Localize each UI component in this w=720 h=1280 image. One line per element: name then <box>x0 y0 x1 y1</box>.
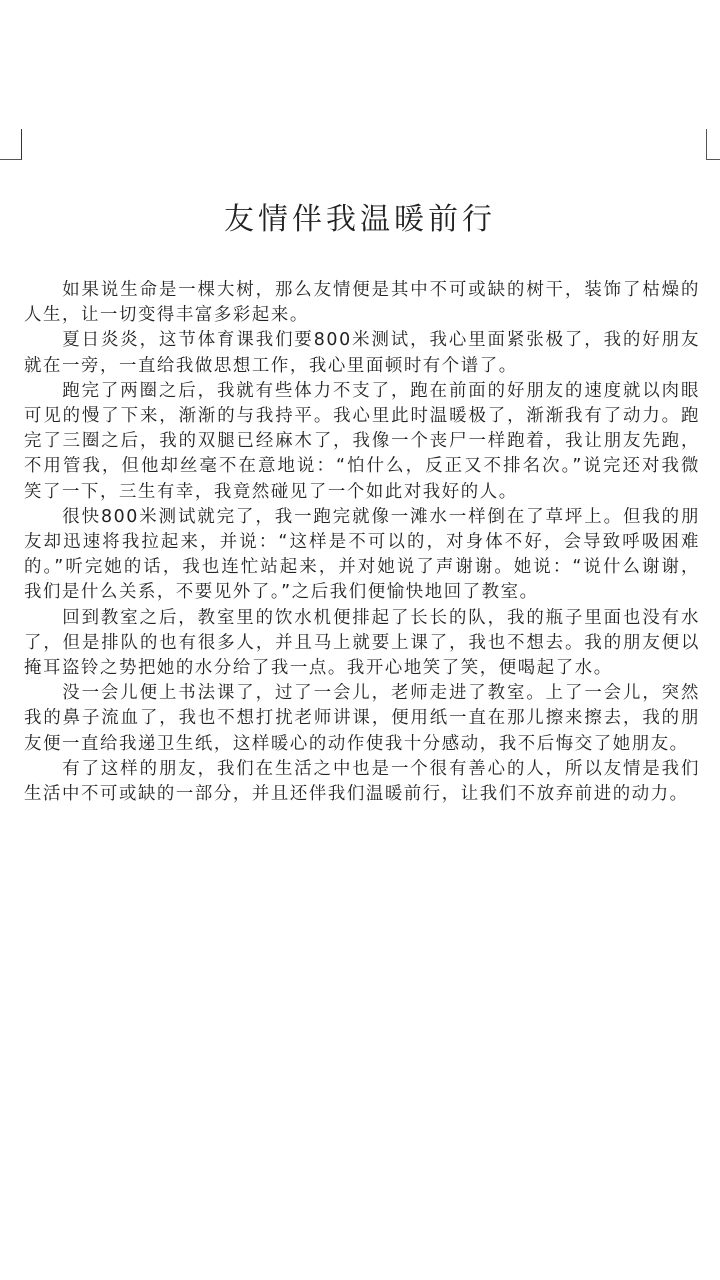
page-corner-mark-right <box>706 129 720 160</box>
document-body: 如果说生命是一棵大树，那么友情便是其中不可或缺的树干，装饰了枯燥的人生，让一切变… <box>24 278 700 807</box>
document-page: 友情伴我温暖前行 如果说生命是一棵大树，那么友情便是其中不可或缺的树干，装饰了枯… <box>0 0 720 1280</box>
paragraph-7: 有了这样的朋友，我们在生活之中也是一个很有善心的人，所以友情是我们生活中不可或缺… <box>24 757 700 807</box>
paragraph-2: 夏日炎炎，这节体育课我们要800米测试，我心里面紧张极了，我的好朋友就在一旁，一… <box>24 328 700 378</box>
paragraph-6: 没一会儿便上书法课了，过了一会儿，老师走进了教室。上了一会儿，突然我的鼻子流血了… <box>24 681 700 757</box>
paragraph-3: 跑完了两圈之后，我就有些体力不支了，跑在前面的好朋友的速度就以肉眼可见的慢了下来… <box>24 379 700 505</box>
paragraph-1: 如果说生命是一棵大树，那么友情便是其中不可或缺的树干，装饰了枯燥的人生，让一切变… <box>24 278 700 328</box>
paragraph-5: 回到教室之后，教室里的饮水机便排起了长长的队，我的瓶子里面也没有水了，但是排队的… <box>24 606 700 682</box>
document-title: 友情伴我温暖前行 <box>0 198 720 242</box>
paragraph-4: 很快800米测试就完了，我一跑完就像一滩水一样倒在了草坪上。但我的朋友却迅速将我… <box>24 505 700 606</box>
page-corner-mark-left <box>0 129 22 160</box>
